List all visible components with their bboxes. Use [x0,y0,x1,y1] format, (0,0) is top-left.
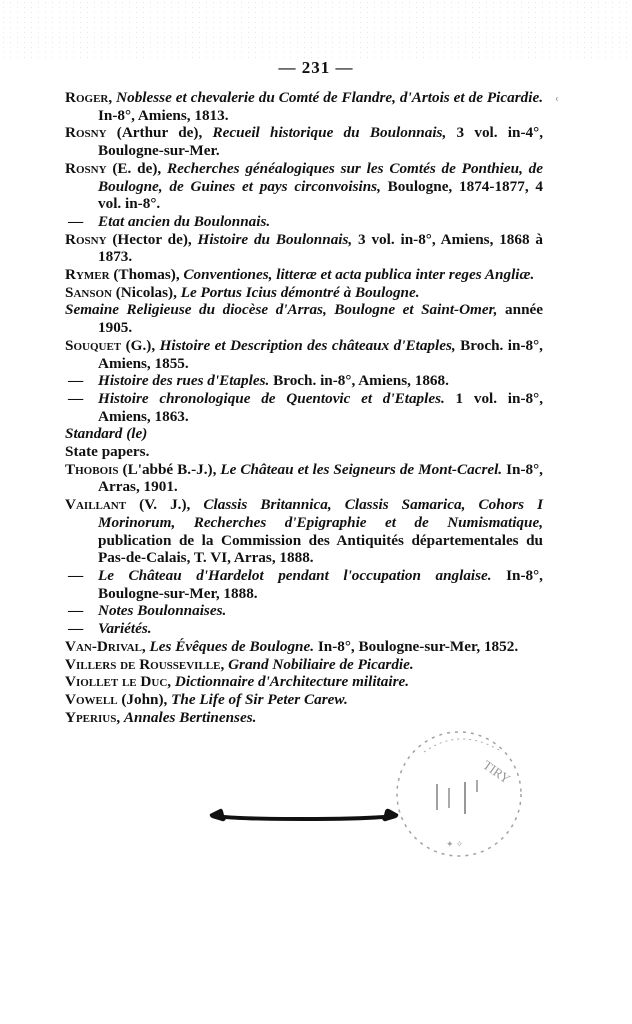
entry-title: Conventiones, litteræ et acta publica in… [183,266,534,283]
bibliography-entry: Roger, Noblesse et chevalerie du Comté d… [65,89,543,124]
entry-title: Les Évêques de Boulogne. [150,638,315,655]
svg-text:TIRY: TIRY [480,757,513,787]
entry-author: Thobois [65,461,119,478]
entry-title: Noblesse et chevalerie du Comté de Fland… [116,89,543,106]
bibliography-entry: Rosny (Arthur de), Recueil historique du… [65,124,543,159]
bibliography-entry: Souquet (G.), Histoire et Description de… [65,337,543,372]
bibliography-entry: Rosny (E. de), Recherches généalogiques … [65,160,543,213]
bibliography-entry: Standard (le) [65,425,543,443]
ditto-dash: — [65,620,98,638]
entry-author: Vaillant [65,496,126,513]
entry-author: Viollet le Duc [65,673,167,690]
entry-author-detail: (Thomas), [110,266,184,283]
bibliography-subentry: —Histoire des rues d'Etaples. Broch. in-… [65,372,543,390]
tailpiece-ornament [208,805,400,825]
entry-details: In-8°, Amiens, 1813. [98,107,229,124]
entry-author: Rymer [65,266,110,283]
ditto-dash: — [65,213,98,231]
bibliography-entry: Thobois (L'abbé B.-J.), Le Château et le… [65,461,543,496]
entry-title: Histoire et Description des châteaux d'E… [160,337,456,354]
entry-author-detail: (John), [118,691,172,708]
scan-mark: ᶜ [556,95,559,106]
entry-author: Villers de Rousseville [65,656,220,673]
entry-author-detail: (E. de), [107,160,167,177]
entry-title: The Life of Sir Peter Carew. [171,691,348,708]
ditto-dash: — [65,390,98,408]
entry-title: Le Château d'Hardelot pendant l'occupati… [98,567,492,584]
entry-title: Histoire chronologique de Quentovic et d… [98,390,445,407]
bibliography-entry: Vaillant (V. J.), Classis Britannica, Cl… [65,496,543,567]
entry-author: Roger [65,89,108,106]
bibliography-entry: Villers de Rousseville, Grand Nobiliaire… [65,656,543,674]
entry-title: Le Château et les Seigneurs de Mont-Cacr… [220,461,502,478]
bibliography-subentry: —Variétés. [65,620,543,638]
entry-title: Semaine Religieuse du diocèse d'Arras, B… [65,301,497,318]
entry-author-detail: (Arthur de), [107,124,213,141]
entry-author: Vowell [65,691,118,708]
entry-title: Histoire du Boulonnais, [198,231,353,248]
entry-author: Rosny [65,231,107,248]
entry-details: Broch. in-8°, Amiens, 1868. [269,372,449,389]
entry-title: Standard (le) [65,425,147,442]
bibliography-entry: Viollet le Duc, Dictionnaire d'Architect… [65,673,543,691]
entry-title: Histoire des rues d'Etaples. [98,372,269,389]
library-stamp-icon: TIRY ✦ ✧ [384,722,534,872]
ditto-dash: — [65,567,98,585]
entry-title: Notes Boulonnaises. [98,602,226,619]
bibliography-list: Roger, Noblesse et chevalerie du Comté d… [65,89,543,726]
entry-title: Dictionnaire d'Architecture militaire. [175,673,409,690]
entry-author-detail: (L'abbé B.-J.), [119,461,221,478]
bibliography-subentry: —Notes Boulonnaises. [65,602,543,620]
entry-author: Sanson [65,284,112,301]
entry-author: Van-Drival [65,638,142,655]
entry-title: Annales Bertinenses. [124,709,257,726]
entry-author-detail: (G.), [121,337,159,354]
entry-title: Etat ancien du Boulonnais. [98,213,270,230]
scan-noise [0,0,632,60]
entry-author-detail: (Nicolas), [112,284,181,301]
svg-text:✦ ✧: ✦ ✧ [446,839,464,849]
entry-author: Souquet [65,337,121,354]
bibliography-entry: Vowell (John), The Life of Sir Peter Car… [65,691,543,709]
entry-details: In-8°, Boulogne-sur-Mer, 1852. [314,638,518,655]
entry-author: Yperius [65,709,116,726]
page-number: — 231 — [0,58,632,78]
entry-author-detail: (V. J.), [126,496,203,513]
entry-author-detail: (Hector de), [107,231,198,248]
bibliography-entry: Rymer (Thomas), Conventiones, litteræ et… [65,266,543,284]
bibliography-entry: State papers. [65,443,543,461]
bibliography-entry: Sanson (Nicolas), Le Portus Icius démont… [65,284,543,302]
entry-title: Grand Nobiliaire de Picardie. [228,656,414,673]
entry-author: Rosny [65,124,107,141]
entry-title: Variétés. [98,620,152,637]
ditto-dash: — [65,372,98,390]
entry-author-detail: , [220,656,228,673]
ditto-dash: — [65,602,98,620]
entry-author: Rosny [65,160,107,177]
entry-details: publication de la Commission des Antiqui… [98,532,543,567]
bibliography-subentry: —Etat ancien du Boulonnais. [65,213,543,231]
entry-author-detail: , [167,673,175,690]
bibliography-subentry: —Histoire chronologique de Quentovic et … [65,390,543,425]
entry-title: Le Portus Icius démontré à Boulogne. [181,284,420,301]
entry-author-detail: , [116,709,124,726]
bibliography-entry: Rosny (Hector de), Histoire du Boulonnai… [65,231,543,266]
entry-details: State papers. [65,443,149,460]
bibliography-entry: Semaine Religieuse du diocèse d'Arras, B… [65,301,543,336]
bibliography-entry: Van-Drival, Les Évêques de Boulogne. In-… [65,638,543,656]
bibliography-subentry: —Le Château d'Hardelot pendant l'occupat… [65,567,543,602]
entry-author-detail: , [142,638,150,655]
entry-title: Recueil historique du Boulonnais, [213,124,447,141]
